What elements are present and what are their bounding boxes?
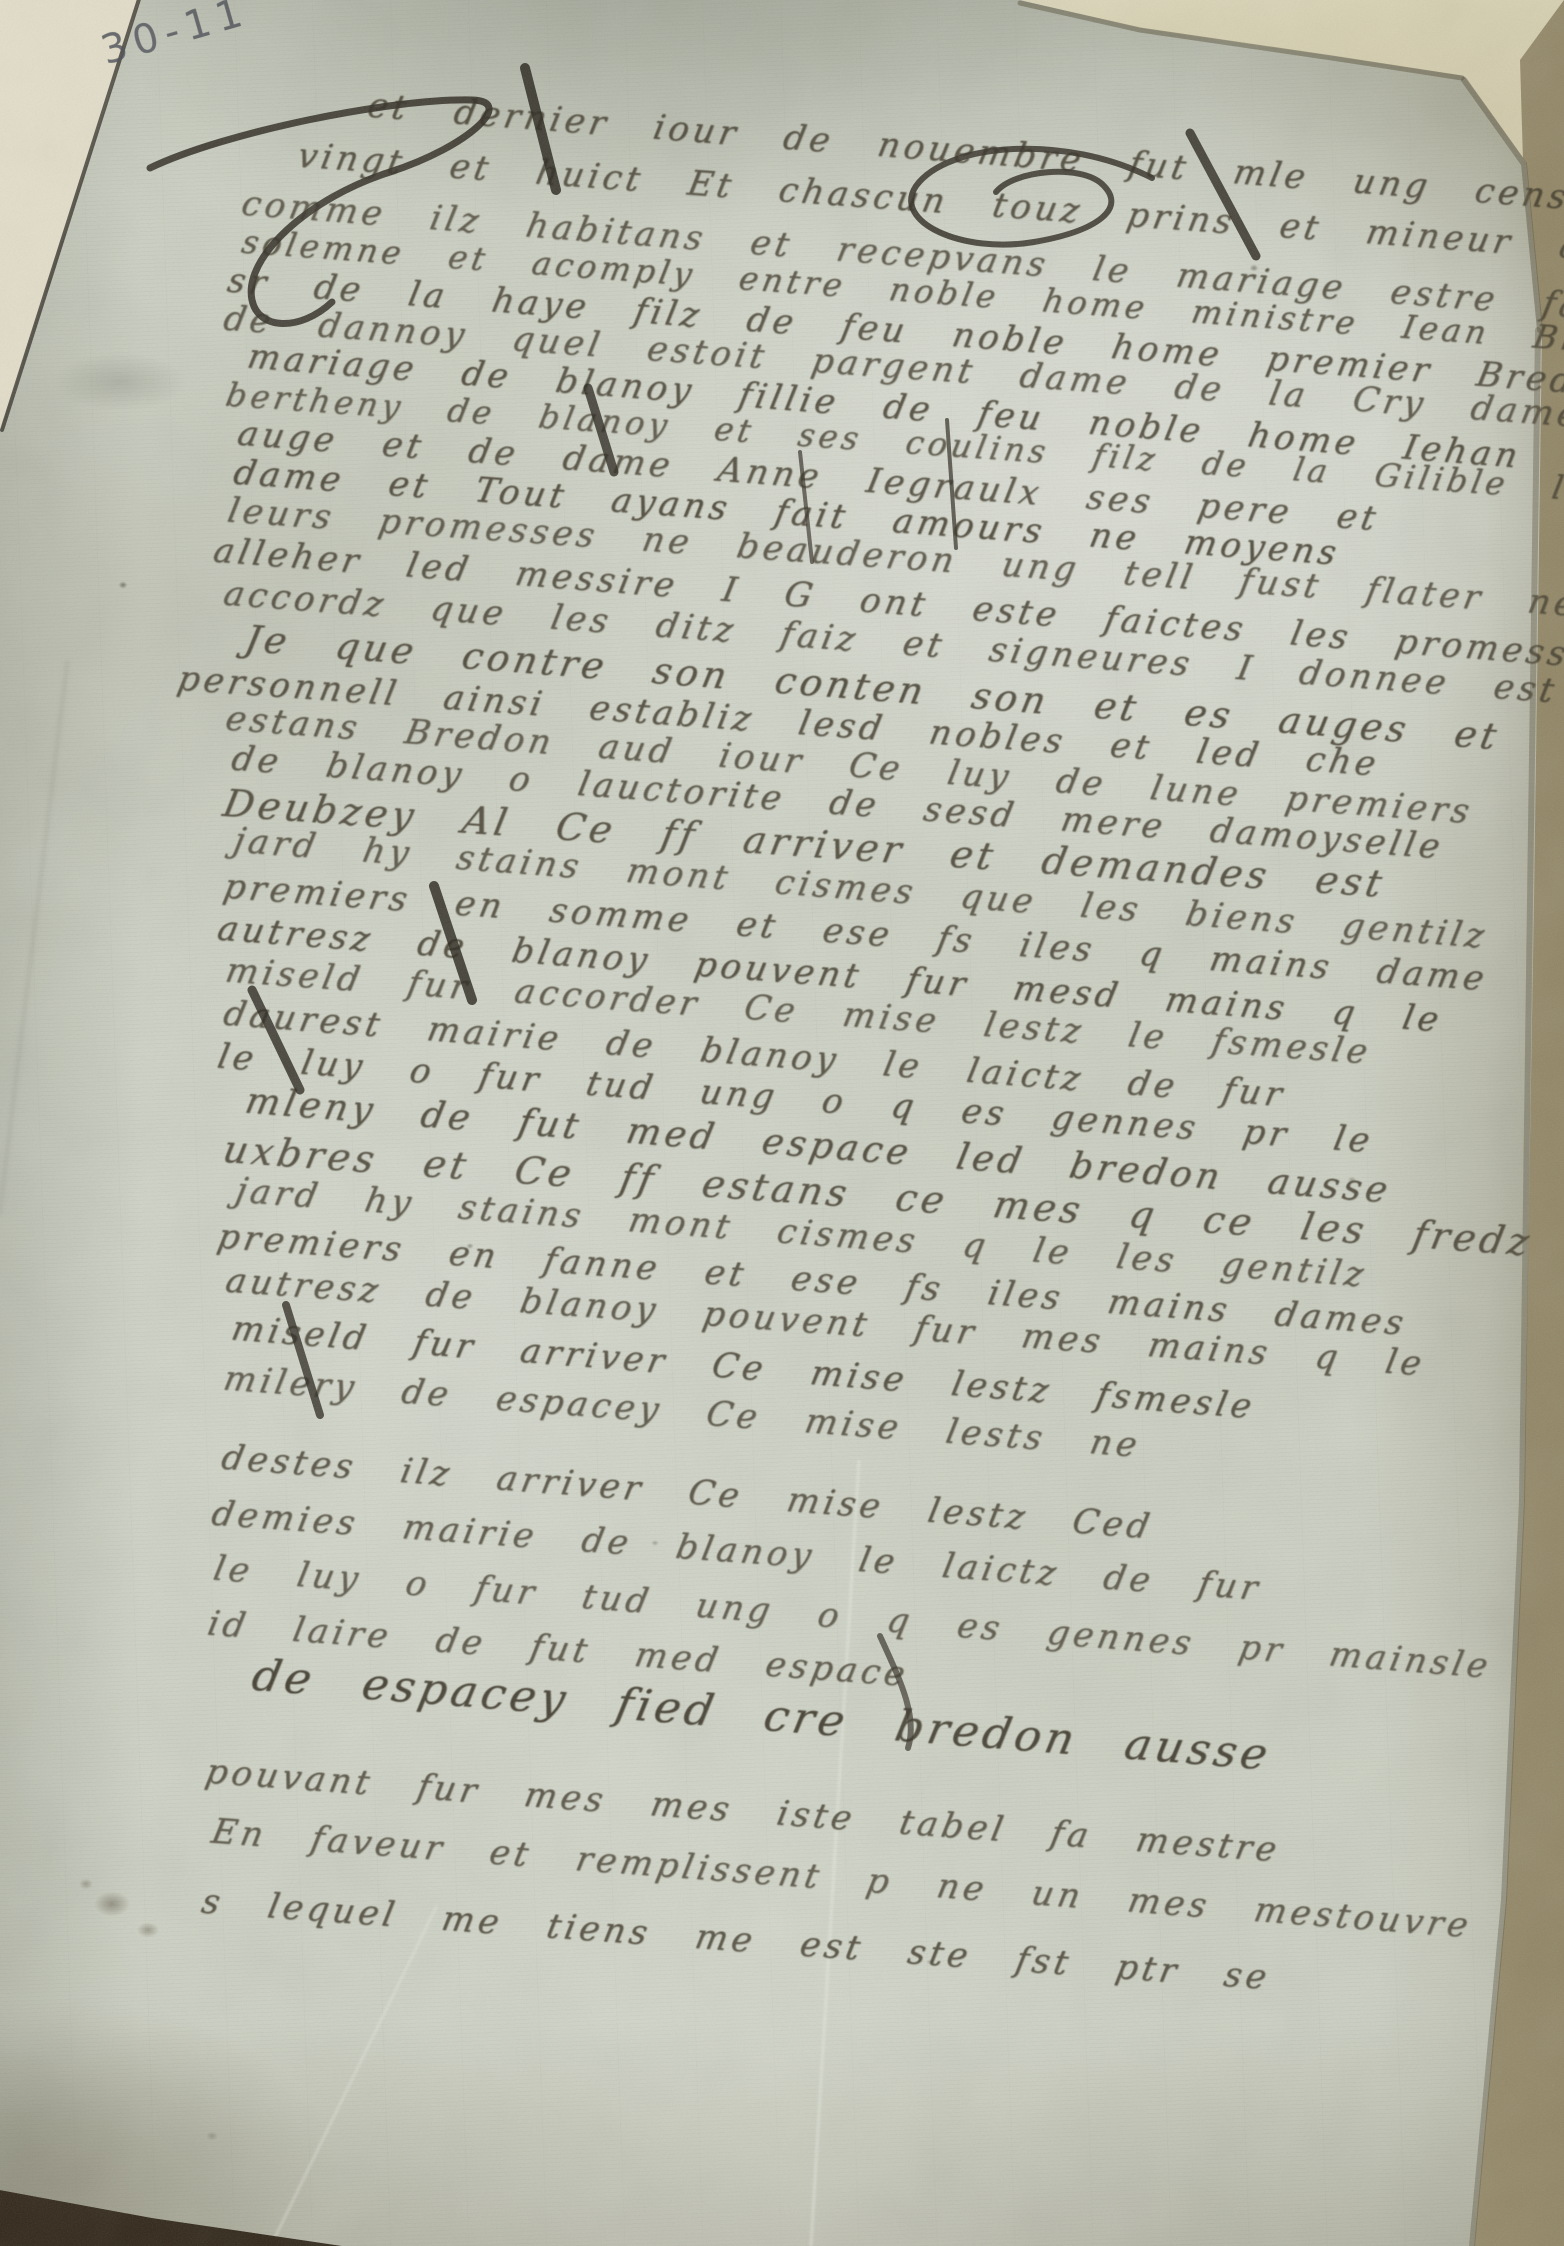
manuscript-photo: et dernier iour de nouembre fut mle ung … [0, 0, 1564, 2246]
manuscript-text-block: et dernier iour de nouembre fut mle ung … [0, 0, 1564, 2246]
